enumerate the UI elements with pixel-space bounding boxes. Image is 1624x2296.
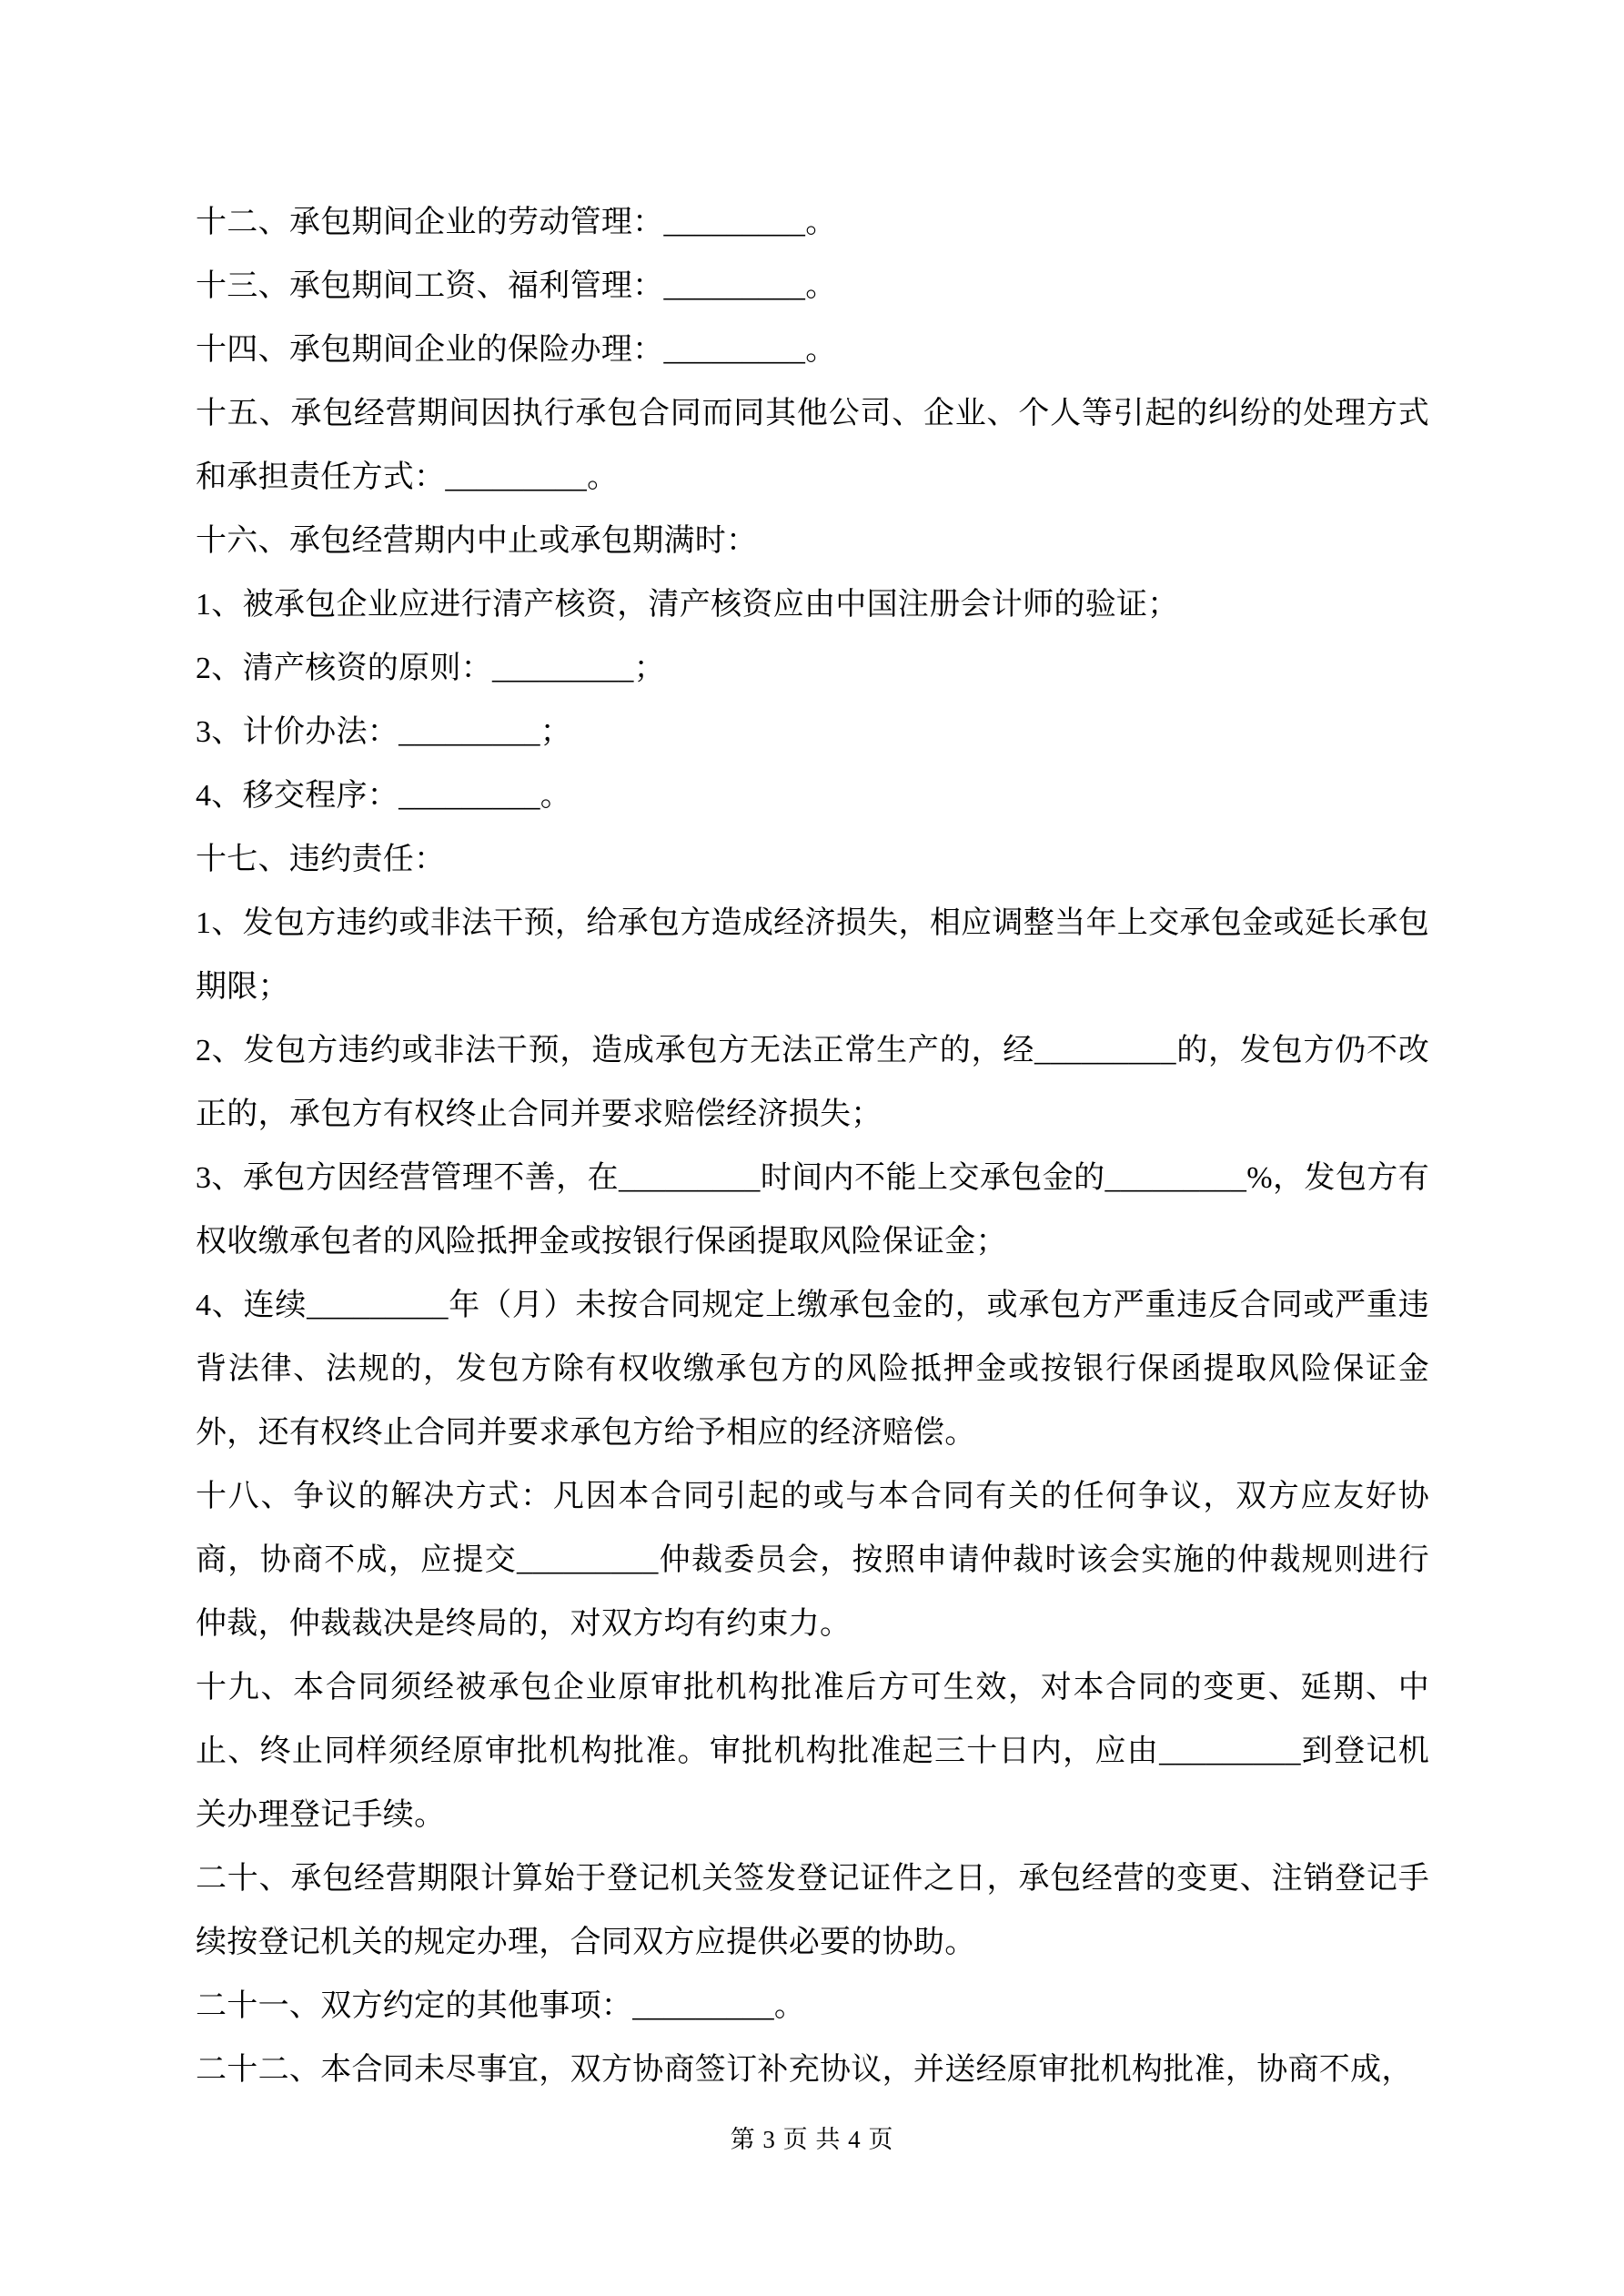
clause-16-item-1: 1、被承包企业应进行清产核资，清产核资应由中国注册会计师的验证； — [196, 573, 1429, 637]
clause-17-item-1: 1、发包方违约或非法干预，给承包方造成经济损失，相应调整当年上交承包金或延长承包… — [196, 892, 1429, 1019]
clause-12-labor-management: 十二、承包期间企业的劳动管理：_________。 — [196, 191, 1429, 255]
clause-17-item-2: 2、发包方违约或非法干预，造成承包方无法正常生产的，经_________的，发包… — [196, 1019, 1429, 1147]
clause-17-item-3: 3、承包方因经营管理不善，在_________时间内不能上交承包金的______… — [196, 1147, 1429, 1274]
page-footer: 第 3 页 共 4 页 — [0, 2124, 1624, 2155]
clause-16-item-2: 2、清产核资的原则：_________； — [196, 637, 1429, 701]
clause-19-approval: 十九、本合同须经被承包企业原审批机构批准后方可生效，对本合同的变更、延期、中止、… — [196, 1656, 1429, 1847]
clause-17-item-4: 4、连续_________年（月）未按合同规定上缴承包金的，或承包方严重违反合同… — [196, 1274, 1429, 1465]
clause-16-item-3: 3、计价办法：_________； — [196, 701, 1429, 764]
document-page: 十二、承包期间企业的劳动管理：_________。 十三、承包期间工资、福利管理… — [0, 0, 1624, 2296]
clause-20-operation-term: 二十、承包经营期限计算始于登记机关签发登记证件之日，承包经营的变更、注销登记手续… — [196, 1847, 1429, 1975]
clause-16-item-4: 4、移交程序：_________。 — [196, 764, 1429, 828]
clause-17-breach-liability: 十七、违约责任： — [196, 828, 1429, 892]
clause-16-termination: 十六、承包经营期内中止或承包期满时： — [196, 510, 1429, 573]
clause-13-wage-welfare: 十三、承包期间工资、福利管理：_________。 — [196, 255, 1429, 319]
clause-14-insurance: 十四、承包期间企业的保险办理：_________。 — [196, 319, 1429, 382]
contract-body: 十二、承包期间企业的劳动管理：_________。 十三、承包期间工资、福利管理… — [196, 191, 1429, 2102]
clause-18-dispute-resolution: 十八、争议的解决方式：凡因本合同引起的或与本合同有关的任何争议，双方应友好协商，… — [196, 1465, 1429, 1656]
clause-21-other-matters: 二十一、双方约定的其他事项：_________。 — [196, 1975, 1429, 2038]
clause-22-supplementary: 二十二、本合同未尽事宜，双方协商签订补充协议，并送经原审批机构批准，协商不成， — [196, 2038, 1429, 2102]
clause-15-dispute-handling: 十五、承包经营期间因执行承包合同而同其他公司、企业、个人等引起的纠纷的处理方式和… — [196, 382, 1429, 510]
